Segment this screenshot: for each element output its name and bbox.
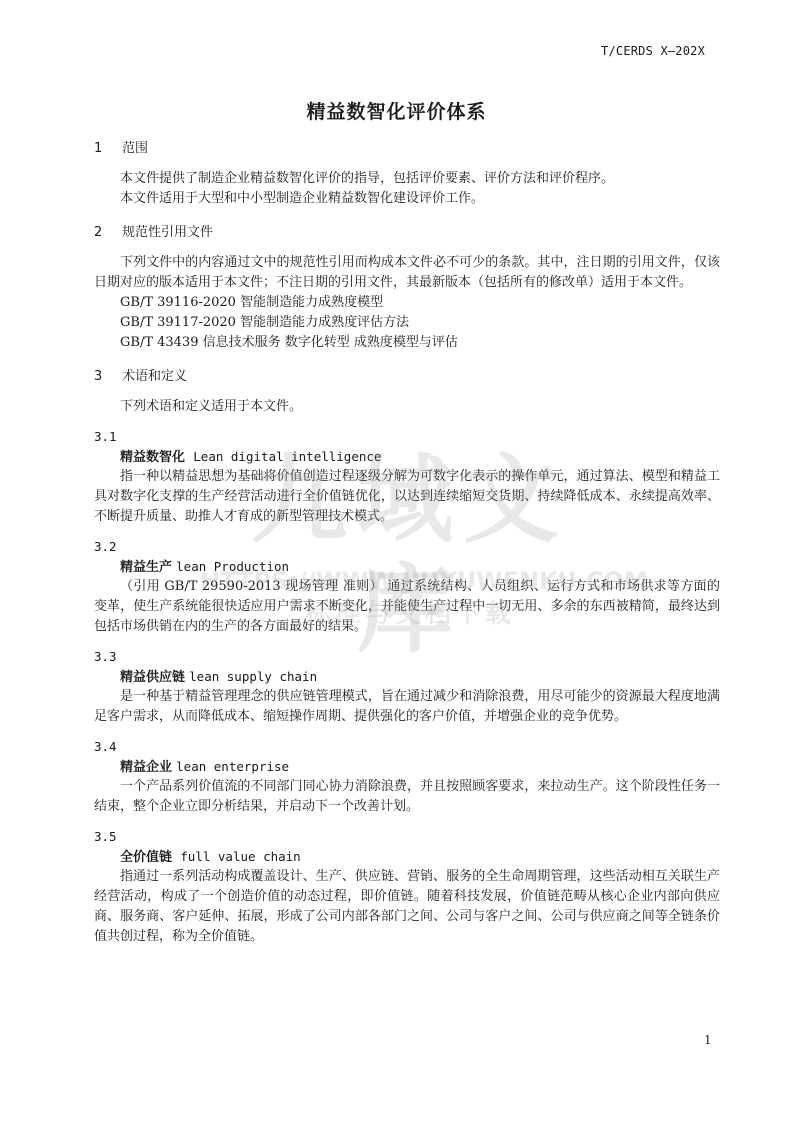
section-heading-terms-definitions: 3术语和定义 [94, 367, 720, 387]
section-number: 1 [94, 139, 122, 159]
paragraph: 下列文件中的内容通过文中的规范性引用而构成本文件必不可少的条款。其中，注日期的引… [94, 253, 720, 293]
document-code: T/CERDS X—202X [601, 44, 705, 58]
paragraph: 本文件适用于大型和中小型制造企业精益数智化建设评价工作。 [94, 189, 720, 209]
term-number: 3.3 [94, 647, 720, 667]
term-zh: 精益数智化 [120, 450, 185, 465]
term-en: lean Production [176, 559, 289, 574]
section-title: 范围 [122, 141, 148, 156]
document-page: T/CERDS X—202X 精益数智化评价体系 1范围 本文件提供了制造企业精… [0, 0, 793, 1122]
reference-item: GB/T 39117-2020 智能制造能力成熟度评估方法 [94, 313, 720, 333]
page-number: 1 [704, 1033, 712, 1047]
term-heading: 精益生产 lean Production [94, 557, 720, 577]
term-zh: 精益供应链 [120, 670, 185, 685]
term-definition: 指一种以精益思想为基础将价值创造过程逐级分解为可数字化表示的操作单元，通过算法、… [94, 467, 720, 527]
paragraph: 下列术语和定义适用于本文件。 [94, 397, 720, 417]
section-title: 术语和定义 [122, 369, 187, 384]
term-zh: 精益企业 [120, 760, 172, 775]
term-en: lean enterprise [176, 759, 289, 774]
term-heading: 精益企业 lean enterprise [94, 757, 720, 777]
term-heading: 精益数智化 Lean digital intelligence [94, 447, 720, 467]
reference-item: GB/T 43439 信息技术服务 数字化转型 成熟度模型与评估 [94, 333, 720, 353]
term-heading: 精益供应链 lean supply chain [94, 667, 720, 687]
section-heading-normative-references: 2规范性引用文件 [94, 223, 720, 243]
term-number: 3.4 [94, 737, 720, 757]
term-number: 3.1 [94, 427, 720, 447]
section-heading-scope: 1范围 [94, 139, 720, 159]
paragraph: 本文件提供了制造企业精益数智化评价的指导，包括评价要素、评价方法和评价程序。 [94, 169, 720, 189]
document-body: 1范围 本文件提供了制造企业精益数智化评价的指导，包括评价要素、评价方法和评价程… [94, 139, 720, 947]
term-heading: 全价值链 full value chain [94, 847, 720, 867]
term-number: 3.5 [94, 827, 720, 847]
term-definition: 指通过一系列活动构成覆盖设计、生产、供应链、营销、服务的全生命周期管理，这些活动… [94, 867, 720, 947]
term-en: Lean digital intelligence [193, 449, 381, 464]
section-number: 2 [94, 223, 122, 243]
section-number: 3 [94, 367, 122, 387]
term-definition: （引用 GB/T 29590-2013 现场管理 准则） 通过系统结构、人员组织… [94, 577, 720, 637]
term-zh: 精益生产 [120, 560, 172, 575]
term-number: 3.2 [94, 537, 720, 557]
term-en: lean supply chain [189, 669, 317, 684]
term-definition: 是一种基于精益管理理念的供应链管理模式，旨在通过减少和消除浪费，用尽可能少的资源… [94, 687, 720, 727]
reference-item: GB/T 39116-2020 智能制造能力成熟度模型 [94, 293, 720, 313]
term-definition: 一个产品系列价值流的不同部门同心协力消除浪费，并且按照顾客要求，来拉动生产。这个… [94, 777, 720, 817]
term-en: full value chain [180, 849, 300, 864]
document-title: 精益数智化评价体系 [0, 97, 793, 124]
section-title: 规范性引用文件 [122, 225, 213, 240]
term-zh: 全价值链 [120, 850, 172, 865]
